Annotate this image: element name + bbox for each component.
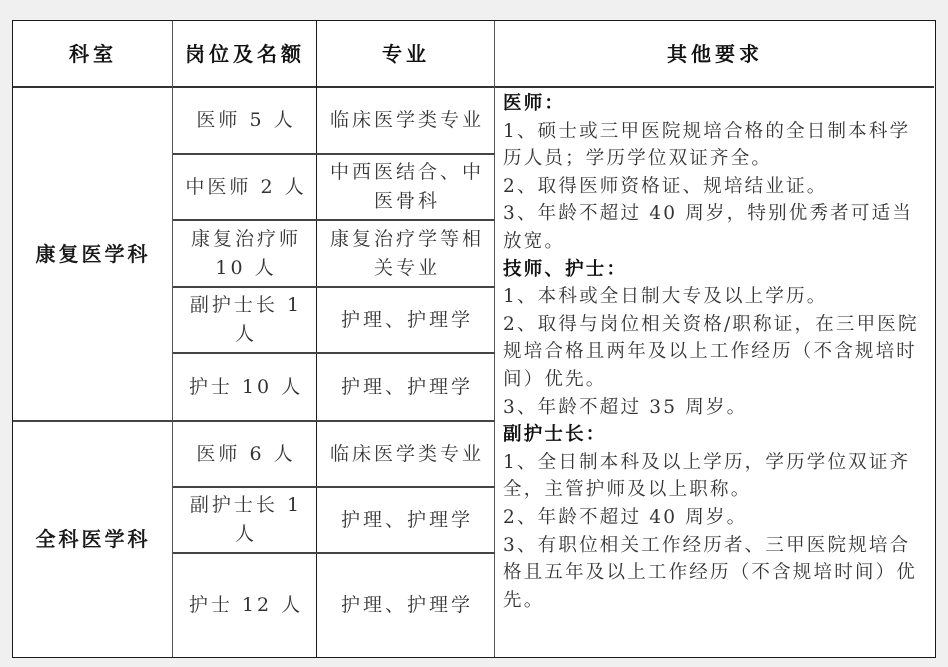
requirement-item: 1、硕士或三甲医院规培合格的全日制本科学历人员；学历学位双证齐全。 (503, 118, 927, 173)
major-cell: 护理、护理学 (323, 487, 491, 553)
row-divider (173, 552, 495, 554)
column-divider (172, 21, 173, 657)
other-requirements-cell: 医师： 1、硕士或三甲医院规培合格的全日制本科学历人员；学历学位双证齐全。 2、… (495, 87, 935, 614)
row-divider (173, 286, 495, 288)
requirement-item: 2、取得医师资格证、规培结业证。 (503, 173, 927, 201)
requirement-item: 3、有职位相关工作经历者、三甲医院规培合格且五年及以上工作经历（不含规培时间）优… (503, 532, 927, 615)
department-general-practice: 全科医学科 (13, 421, 173, 657)
requirement-item: 2、取得与岗位相关资格/职称证，在三甲医院规培合格且两年及以上工作经历（不含规培… (503, 311, 927, 394)
header-department: 科室 (13, 21, 173, 87)
major-cell: 护理、护理学 (323, 287, 491, 353)
requirement-item: 1、全日制本科及以上学历，学历学位双证齐全，主管护师及以上职称。 (503, 449, 927, 504)
header-major: 专业 (317, 21, 495, 87)
requirement-item: 3、年龄不超过 35 周岁。 (503, 394, 927, 422)
row-divider (173, 219, 495, 221)
department-divider (13, 420, 495, 422)
column-divider (316, 21, 317, 657)
requirement-section-title: 技师、护士： (503, 256, 927, 284)
position-cell: 副护士长 1 人 (179, 487, 313, 553)
requirement-item: 2、年龄不超过 40 周岁。 (503, 504, 927, 532)
position-cell: 医师 5 人 (179, 87, 313, 154)
major-cell: 护理、护理学 (323, 553, 491, 657)
requirement-section-title: 副护士长： (503, 421, 927, 449)
position-cell: 康复治疗师 10 人 (179, 220, 313, 287)
position-cell: 医师 6 人 (179, 421, 313, 487)
major-cell: 护理、护理学 (323, 353, 491, 421)
row-divider (173, 486, 495, 488)
header-position-quota: 岗位及名额 (173, 21, 317, 87)
major-cell: 临床医学类专业 (323, 87, 491, 154)
recruitment-table: 科室 岗位及名额 专业 其他要求 康复医学科 全科医学科 医师 5 人 中医师 … (12, 20, 936, 658)
major-cell: 康复治疗学等相关专业 (323, 220, 491, 287)
row-divider (173, 153, 495, 155)
position-cell: 护士 10 人 (179, 353, 313, 421)
position-cell: 护士 12 人 (179, 553, 313, 657)
requirement-section-title: 医师： (503, 90, 927, 118)
position-cell: 中医师 2 人 (179, 154, 313, 220)
department-rehabilitation: 康复医学科 (13, 87, 173, 421)
position-cell: 副护士长 1 人 (179, 287, 313, 353)
requirement-item: 1、本科或全日制大专及以上学历。 (503, 283, 927, 311)
header-other-requirements: 其他要求 (495, 21, 935, 87)
major-cell: 中西医结合、中医骨科 (323, 154, 491, 220)
header-divider (13, 86, 934, 88)
row-divider (173, 352, 495, 354)
requirement-item: 3、年龄不超过 40 周岁，特别优秀者可适当放宽。 (503, 200, 927, 255)
major-cell: 临床医学类专业 (323, 421, 491, 487)
column-divider (494, 21, 495, 657)
